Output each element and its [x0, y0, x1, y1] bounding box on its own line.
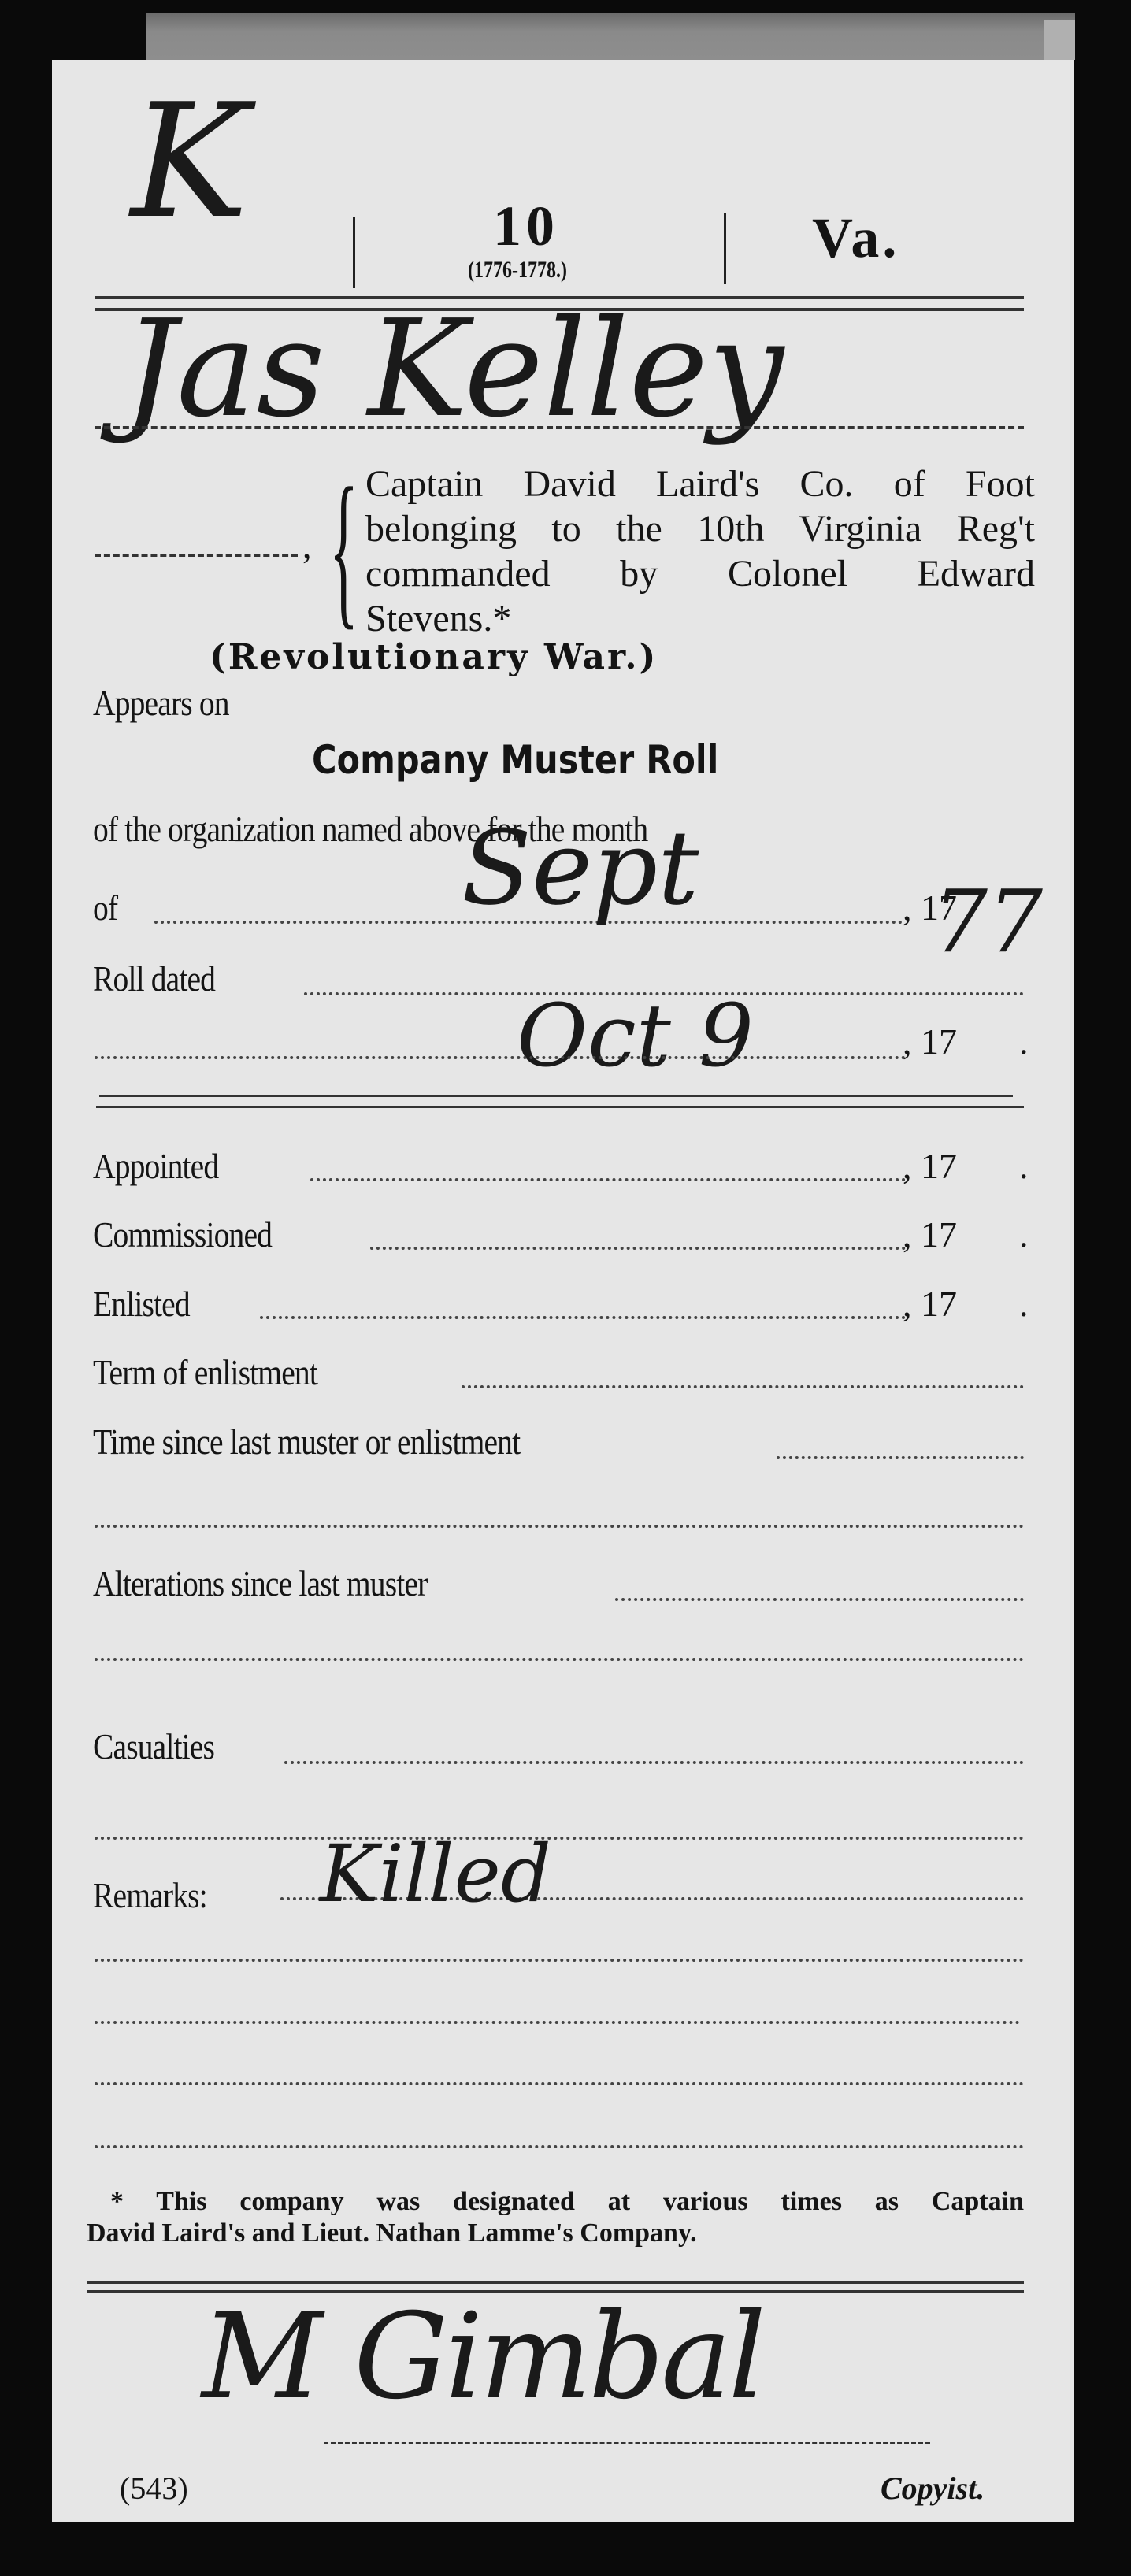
organization-brace: { [329, 461, 358, 635]
appointed-end: . [1019, 1145, 1029, 1187]
card-tab-strip [146, 13, 1075, 60]
state-label: Va. [812, 206, 899, 271]
appointed-year: , 17 [903, 1145, 957, 1187]
rank-line [95, 554, 298, 557]
roll-dated-value[interactable]: Oct 9 [517, 985, 754, 1086]
month-value[interactable]: Sept [462, 808, 699, 928]
footer-rule [87, 2281, 1024, 2284]
header-divider [724, 213, 726, 284]
casualties-label: Casualties [93, 1725, 214, 1767]
casualties-line-2[interactable] [95, 1837, 1024, 1840]
enlisted-label: Enlisted [93, 1283, 190, 1325]
commissioned-line[interactable] [370, 1247, 906, 1250]
section-rule [99, 1095, 1013, 1097]
commissioned-end: . [1019, 1214, 1029, 1255]
casualties-line[interactable] [284, 1761, 1024, 1764]
enlisted-year: , 17 [903, 1283, 957, 1325]
remarks-line-4[interactable] [95, 2082, 1024, 2085]
remarks-line-3[interactable] [95, 2021, 1020, 2024]
roll-dated-line-2 [95, 1056, 906, 1059]
time-since-line-2[interactable] [95, 1525, 1024, 1528]
muster-card: K 10 (1776-1778.) Va. Jas Kelley , { Cap… [52, 60, 1074, 2522]
remarks-line-2[interactable] [95, 1959, 1024, 1962]
form-number: (543) [120, 2470, 188, 2507]
soldier-name[interactable]: Jas Kelley [123, 296, 784, 443]
roll-dated-year-prefix: , 17 [903, 1021, 957, 1062]
appointed-line[interactable] [310, 1178, 906, 1181]
name-line [95, 426, 1024, 429]
index-initial: K [131, 83, 248, 241]
rank-comma: , [302, 524, 312, 566]
remarks-line-5[interactable] [95, 2145, 1024, 2148]
term-line[interactable] [462, 1385, 1024, 1388]
footnote-line-2: David Laird's and Lieut. Nathan Lamme's … [87, 2218, 1024, 2249]
time-since-label: Time since last muster or enlistment [93, 1421, 520, 1462]
copyist-label: Copyist. [881, 2470, 985, 2507]
roll-dated-label: Roll dated [93, 958, 215, 999]
month-year-value[interactable]: 77 [933, 871, 1043, 972]
war-label: (Revolutionary War.) [210, 637, 658, 677]
enlisted-line[interactable] [260, 1316, 906, 1319]
roll-type-title: Company Muster Roll [312, 737, 718, 783]
alterations-line-2[interactable] [95, 1658, 1024, 1661]
header-divider [353, 217, 355, 288]
section-rule [96, 1106, 1024, 1108]
alterations-label: Alterations since last muster [93, 1562, 427, 1604]
regiment-years: (1776-1778.) [468, 257, 567, 284]
appointed-label: Appointed [93, 1145, 218, 1187]
copyist-signature: M Gimbal [202, 2289, 763, 2426]
remarks-value[interactable]: Killed [320, 1828, 551, 1920]
org-line-2: belonging to the 10th Virginia Reg't [365, 506, 1035, 551]
signature-line [324, 2442, 930, 2444]
appears-on-label: Appears on [93, 682, 229, 724]
remarks-label: Remarks: [93, 1874, 207, 1916]
alterations-line[interactable] [615, 1598, 1024, 1601]
enlisted-end: . [1019, 1283, 1029, 1325]
organization-block: Captain David Laird's Co. of Foot belong… [365, 461, 1035, 641]
roll-dated-end: . [1019, 1021, 1029, 1062]
org-line-3: commanded by Colonel Edward [365, 551, 1035, 596]
footnote-line-1: * This company was designated at various… [87, 2186, 1024, 2218]
time-since-line[interactable] [777, 1456, 1024, 1459]
footnote: * This company was designated at various… [87, 2186, 1024, 2249]
org-line-4: Stevens.* [365, 596, 1035, 641]
month-of-label: of [93, 887, 117, 928]
term-label: Term of enlistment [93, 1351, 317, 1393]
commissioned-label: Commissioned [93, 1214, 272, 1255]
regiment-number: 10 [493, 194, 559, 259]
org-line-1: Captain David Laird's Co. of Foot [365, 461, 1035, 506]
commissioned-year: , 17 [903, 1214, 957, 1255]
